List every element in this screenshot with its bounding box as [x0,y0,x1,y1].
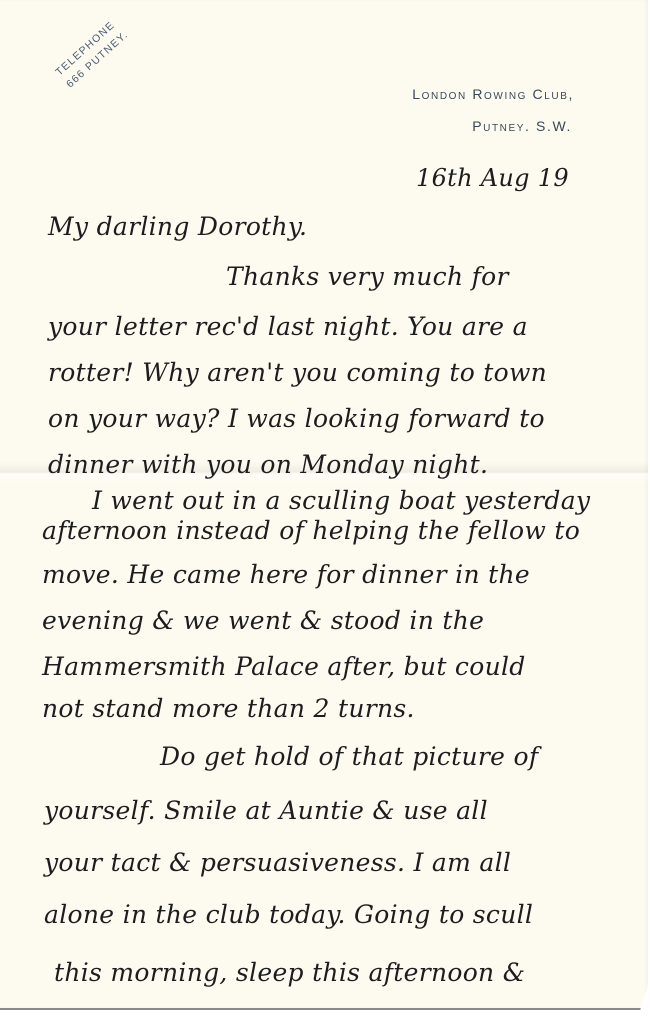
telephone-stamp: TELEPHONE 666 PUTNEY. [52,15,132,92]
body-line: Do get hold of that picture of [160,742,538,771]
body-line: dinner with you on Monday night. [48,450,488,479]
body-line: rotter! Why aren't you coming to town [48,358,547,387]
body-line: Thanks very much for [226,262,509,291]
body-line: not stand more than 2 turns. [42,694,415,723]
body-line: I went out in a sculling boat yesterday [92,486,590,515]
salutation: My darling Dorothy. [48,212,307,241]
body-line: your tact & persuasiveness. I am all [44,848,511,877]
club-name: London Rowing Club, [412,86,574,102]
body-line: evening & we went & stood in the [42,606,484,635]
body-line: afternoon instead of helping the fellow … [42,516,580,545]
body-line: alone in the club today. Going to scull [44,900,533,929]
body-line: Hammersmith Palace after, but could [42,652,526,681]
letterhead: London Rowing Club, Putney. S.W. [412,86,574,134]
letter-date: 16th Aug 19 [416,164,569,192]
club-address: Putney. S.W. [412,118,572,134]
letter-page: TELEPHONE 666 PUTNEY. London Rowing Club… [0,0,648,1010]
body-line: your letter rec'd last night. You are a [48,312,528,341]
body-line: this morning, sleep this afternoon & [54,958,525,987]
body-line: yourself. Smile at Auntie & use all [44,796,488,825]
body-line: move. He came here for dinner in the [42,560,530,589]
body-line: on your way? I was looking forward to [48,404,545,433]
